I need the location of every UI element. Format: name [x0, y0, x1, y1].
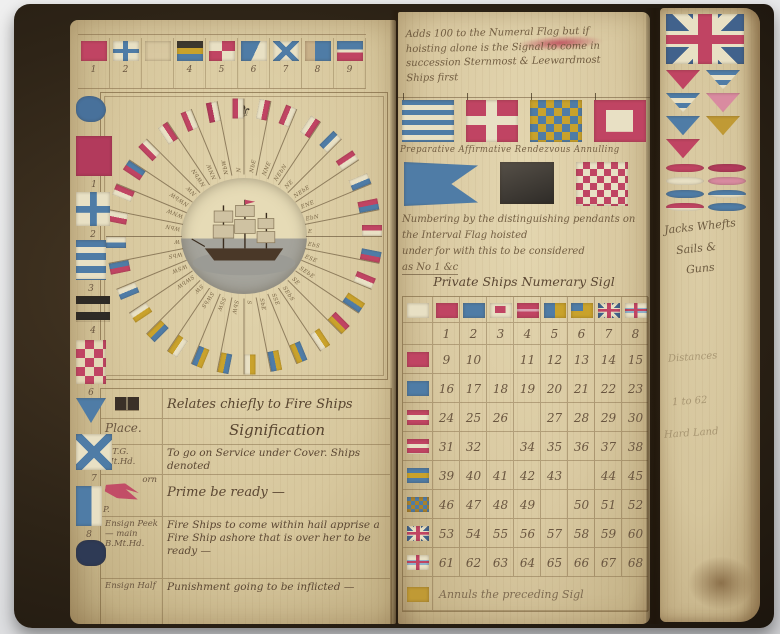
- wavy-pendant: [666, 203, 704, 211]
- compass-point-label: EbN: [305, 214, 319, 223]
- flag-cell: 8: [302, 38, 334, 88]
- row-flag: [407, 497, 429, 512]
- pennant-flag: [706, 116, 740, 136]
- rose-flag: [218, 352, 233, 374]
- edge-flag: 7: [76, 434, 112, 484]
- flag-number: 8: [315, 65, 321, 75]
- column-number: 1: [443, 327, 451, 341]
- numerary-table-heading: Private Ships Numerary Sigl: [402, 274, 646, 289]
- rose-flag: [357, 198, 379, 213]
- compass-point-label: WbN: [165, 223, 181, 232]
- signal-flag: [500, 162, 554, 204]
- signal-number: 13: [574, 353, 589, 367]
- number-cell: 47: [460, 490, 487, 519]
- edge-flag: 1: [76, 136, 112, 190]
- compass-point-label: NNE: [262, 161, 273, 177]
- mid-note-line: the Interval Flag hoisted: [402, 230, 646, 241]
- flag-header-cell: [403, 297, 433, 323]
- place-note-top: orn: [142, 475, 157, 485]
- number-cell: 19: [514, 374, 541, 403]
- large-signal-flags: [402, 100, 646, 142]
- rose-flag: [192, 346, 210, 369]
- open-book-icon: [115, 397, 139, 410]
- row-flag-cell: [403, 403, 433, 432]
- signal-flag: [594, 100, 646, 142]
- rose-flag: [112, 184, 135, 202]
- number-cell: 57: [541, 519, 568, 548]
- signal-number: 64: [520, 556, 535, 570]
- number-cell: 38: [622, 432, 649, 461]
- number-cell: 51: [595, 490, 622, 519]
- number-cell: 52: [622, 490, 649, 519]
- number-cell: 65: [541, 548, 568, 577]
- fire-table-signification: Fire Ships to come within hail apprise a…: [163, 517, 391, 579]
- compass-point-label: SbW: [230, 300, 239, 315]
- number-cell: 11: [514, 345, 541, 374]
- pennant-flag: [666, 70, 700, 90]
- column-number-cell: 4: [514, 323, 541, 345]
- signal-number: 38: [628, 440, 643, 454]
- empty-pennant-slot: [706, 139, 746, 162]
- column-number-cell: 8: [622, 323, 649, 345]
- rose-flag: [123, 160, 146, 180]
- row-flag: [407, 468, 429, 483]
- signal-flag: [76, 434, 112, 470]
- number-cell: 35: [541, 432, 568, 461]
- union-jack-flag: [666, 14, 744, 64]
- rose-flag: [158, 122, 178, 145]
- column-number: 3: [497, 327, 505, 341]
- number-cell: 36: [568, 432, 595, 461]
- compass-point-label: SW: [193, 283, 204, 294]
- number-cell: 46: [433, 490, 460, 519]
- number-cell: 42: [514, 461, 541, 490]
- fire-table-title: Relates chiefly to Fire Ships: [163, 389, 391, 419]
- signal-number: 45: [628, 469, 643, 483]
- signal-number: 34: [520, 440, 535, 454]
- column-flag: [571, 303, 593, 318]
- flag-number: 5: [219, 65, 225, 75]
- signal-number: 51: [601, 498, 616, 512]
- number-cell: 28: [568, 403, 595, 432]
- flag-number: 4: [187, 65, 193, 75]
- signal-flag: [76, 540, 106, 566]
- signal-number: 43: [547, 469, 562, 483]
- number-cell: [568, 461, 595, 490]
- rose-flag: [319, 131, 341, 153]
- top-note-text: Adds 100 to the Numeral Flag but if hois…: [406, 24, 647, 86]
- number-cell: 40: [460, 461, 487, 490]
- rose-flag: [279, 105, 297, 128]
- signal-flag: [76, 340, 106, 384]
- rose-flag: [328, 312, 350, 334]
- pennant-flag: [666, 116, 700, 136]
- flag-cell: 1: [78, 38, 110, 88]
- edge-flag: 2: [76, 192, 110, 240]
- signal-flag: [177, 41, 203, 61]
- number-cell: 14: [595, 345, 622, 374]
- signal-flag: [76, 296, 110, 322]
- flag-cell: 2: [110, 38, 142, 88]
- signal-number: 23: [628, 382, 643, 396]
- rose-spoke: S: [244, 237, 245, 375]
- stain-mark: [688, 556, 754, 610]
- signal-number: 55: [493, 527, 508, 541]
- number-cell: 58: [568, 519, 595, 548]
- number-cell: 67: [595, 548, 622, 577]
- signal-number: 35: [547, 440, 562, 454]
- column-number: 2: [470, 327, 478, 341]
- row-flag-cell: [403, 374, 433, 403]
- signal-number: 17: [466, 382, 481, 396]
- number-cell: 13: [568, 345, 595, 374]
- compass-point-label: W: [174, 238, 180, 244]
- flag-cell: 5: [206, 38, 238, 88]
- pendant-grid: [666, 164, 750, 216]
- signal-number: 42: [520, 469, 535, 483]
- row-flag-cell: [403, 548, 433, 577]
- number-cell: 62: [460, 548, 487, 577]
- strip-note: Sails &: [675, 240, 716, 257]
- fire-table-place: Ensign Peek— main B.Mt.Hd.: [101, 517, 163, 579]
- wavy-pendant: [708, 190, 746, 198]
- rose-flag: [245, 355, 256, 375]
- signal-number: 48: [493, 498, 508, 512]
- rose-flag: [138, 139, 160, 161]
- column-flag: [625, 303, 647, 318]
- signal-number: 36: [574, 440, 589, 454]
- strip-note: Guns: [685, 261, 715, 277]
- signal-number: 25: [466, 411, 481, 425]
- wavy-pendant: [708, 177, 746, 185]
- signal-number: 28: [574, 411, 589, 425]
- column-flag: [517, 303, 539, 318]
- number-cell: 16: [433, 374, 460, 403]
- number-cell: 21: [568, 374, 595, 403]
- flag-rose-box: ⚜ NNbENNENEbNNENEbEENEEbNEEbSESES: [100, 92, 388, 380]
- rose-flag: [353, 271, 376, 289]
- row-flag-cell: [403, 519, 433, 548]
- compass-point-label: SEbS: [281, 286, 295, 303]
- wavy-pendant: [708, 164, 746, 172]
- compass-point-label: NWbW: [169, 190, 190, 207]
- number-cell: 66: [568, 548, 595, 577]
- flag-cell: [142, 38, 174, 88]
- signal-number: 27: [547, 411, 562, 425]
- corner-cell: [403, 323, 433, 345]
- rose-flag: [300, 115, 320, 138]
- compass-point-label: NE: [284, 179, 295, 190]
- rose-flag: [268, 350, 283, 372]
- number-cell: 15: [622, 345, 649, 374]
- flag-header-cell: [568, 297, 595, 323]
- fire-table-signification: Prime be ready —: [163, 475, 391, 517]
- signal-number: 62: [466, 556, 481, 570]
- wavy-pendant: [666, 190, 704, 198]
- signal-number: 12: [547, 353, 562, 367]
- number-cell: 25: [460, 403, 487, 432]
- edge-flag: 6: [76, 340, 106, 398]
- signal-flag: [113, 41, 139, 61]
- flag-header-cell: [595, 297, 622, 323]
- rose-flag: [362, 225, 382, 236]
- flag-number: 6: [251, 65, 257, 75]
- number-cell: 27: [541, 403, 568, 432]
- signal-flag: [76, 398, 106, 424]
- strip-faint-note: Distances: [668, 350, 718, 364]
- signal-flag: [81, 41, 107, 61]
- annul-text-cell: Annuls the preceding Sigl: [433, 577, 649, 611]
- number-cell: [541, 490, 568, 519]
- signal-flag: [404, 162, 478, 206]
- number-cell: 20: [541, 374, 568, 403]
- rose-flag: [181, 109, 199, 132]
- number-cell: 41: [487, 461, 514, 490]
- flag-header-cell: [460, 297, 487, 323]
- number-cell: 31: [433, 432, 460, 461]
- edge-flag: [76, 96, 106, 126]
- number-cell: 30: [622, 403, 649, 432]
- fire-table-signification: To go on Service under Cover. Ships deno…: [163, 445, 391, 475]
- edge-flag: 3: [76, 240, 106, 294]
- number-cell: 37: [595, 432, 622, 461]
- fire-table-place: Ensign Half: [101, 579, 163, 624]
- signal-number: 44: [601, 469, 616, 483]
- flag-header-cell: [541, 297, 568, 323]
- row-flag-cell: [403, 345, 433, 374]
- signal-number: 11: [520, 353, 535, 367]
- signal-flag: [466, 100, 518, 142]
- signal-number: 16: [439, 382, 454, 396]
- signal-number: 46: [439, 498, 454, 512]
- number-cell: 64: [514, 548, 541, 577]
- column-flag: [598, 303, 620, 318]
- compass-point-label: NbE: [249, 159, 258, 173]
- rose-flag: [117, 282, 140, 300]
- column-number-cell: 7: [595, 323, 622, 345]
- flag-number: 7: [76, 474, 112, 484]
- column-number: 6: [578, 327, 586, 341]
- fire-ships-table: Relates chiefly to Fire Ships Place. Sig…: [100, 388, 392, 624]
- number-cell: 39: [433, 461, 460, 490]
- row-flag: [407, 555, 429, 570]
- number-cell: 24: [433, 403, 460, 432]
- rose-flag: [147, 320, 169, 342]
- rose-flag: [206, 101, 221, 123]
- signal-number: 26: [493, 411, 508, 425]
- number-cell: 60: [622, 519, 649, 548]
- signal-number: 40: [466, 469, 481, 483]
- column-flag: [463, 303, 485, 318]
- compass-point-label: NEbN: [273, 164, 288, 183]
- signal-number: 65: [547, 556, 562, 570]
- row-flag: [407, 352, 429, 367]
- signal-number: 52: [628, 498, 643, 512]
- flag-number: 4: [76, 326, 110, 336]
- column-number-cell: 2: [460, 323, 487, 345]
- rose-flag: [360, 248, 382, 263]
- pennant-flag: [666, 93, 700, 113]
- number-cell: 55: [487, 519, 514, 548]
- signal-number: 60: [628, 527, 643, 541]
- number-cell: [487, 432, 514, 461]
- signal-number: 57: [547, 527, 562, 541]
- row-flag: [407, 381, 429, 396]
- rose-flag: [336, 150, 359, 170]
- column-number: 7: [605, 327, 613, 341]
- number-cell: 44: [595, 461, 622, 490]
- number-cell: 22: [595, 374, 622, 403]
- compass-point-label: SWbS: [200, 291, 215, 310]
- pennant-flag: [666, 139, 700, 159]
- edge-flag: [76, 540, 106, 570]
- signal-number: 30: [628, 411, 643, 425]
- rose-flag: [290, 341, 308, 364]
- compass-point-label: E: [308, 229, 312, 235]
- flag-header-cell: [487, 297, 514, 323]
- column-number: 4: [524, 327, 532, 341]
- signal-number: 68: [628, 556, 643, 570]
- rose-flag: [130, 302, 153, 322]
- fire-table-signification: Punishment going to be inflicted —: [163, 579, 391, 624]
- signal-flag: [576, 162, 628, 206]
- signal-number: 66: [574, 556, 589, 570]
- signal-flag: [76, 240, 106, 280]
- row-flag-cell: [403, 577, 433, 611]
- compass-point-label: SSE: [270, 293, 280, 307]
- number-cell: 45: [622, 461, 649, 490]
- compass-point-label: ESE: [304, 254, 318, 265]
- left-page: 12456789 ⚜: [70, 20, 396, 624]
- flag-number: 3: [76, 284, 106, 294]
- photo-background: 12456789 ⚜: [0, 0, 780, 634]
- signal-number: 37: [601, 440, 616, 454]
- column-number-cell: 3: [487, 323, 514, 345]
- rose-flag: [256, 99, 271, 121]
- signal-flag: [530, 100, 582, 142]
- signal-number: 22: [601, 382, 616, 396]
- pennant-flag: [706, 70, 740, 90]
- rose-flag: [349, 173, 372, 191]
- number-cell: 68: [622, 548, 649, 577]
- rose-flag: [168, 335, 188, 358]
- column-number-cell: 1: [433, 323, 460, 345]
- signal-number: 56: [520, 527, 535, 541]
- rose-flag: [342, 292, 365, 312]
- wavy-pendant: [666, 164, 704, 172]
- column-number: 8: [632, 327, 640, 341]
- signal-number: 53: [439, 527, 454, 541]
- signal-number: 39: [439, 469, 454, 483]
- signal-flag: [145, 41, 171, 61]
- flag-header-cell: [433, 297, 460, 323]
- compass-point-label: NNW: [206, 163, 218, 181]
- signal-flag: [305, 41, 331, 61]
- row-flag-cell: [403, 461, 433, 490]
- rose-spoke: E: [244, 236, 382, 237]
- signal-number: 24: [439, 411, 454, 425]
- signal-number: 54: [466, 527, 481, 541]
- column-flag: [544, 303, 566, 318]
- signal-flag: [209, 41, 235, 61]
- signal-flag: [76, 486, 102, 526]
- number-cell: 56: [514, 519, 541, 548]
- edge-flag: 4: [76, 296, 110, 336]
- number-cell: 53: [433, 519, 460, 548]
- signal-number: 50: [574, 498, 589, 512]
- compass-point-label: S: [246, 301, 252, 305]
- signal-number: 29: [601, 411, 616, 425]
- compass-point-label: NbW: [221, 159, 230, 175]
- mid-note-line: as No 1 &c: [402, 262, 646, 273]
- flag-number: 9: [347, 65, 353, 75]
- signal-number: 41: [493, 469, 508, 483]
- rose-flag: [233, 99, 244, 119]
- ruled-line: [398, 97, 650, 98]
- compass-point-label: WSW: [170, 262, 187, 274]
- rose-spoke: N: [244, 99, 245, 237]
- flag-cell: 9: [334, 38, 366, 88]
- flag-header-cell: [622, 297, 649, 323]
- number-cell: 32: [460, 432, 487, 461]
- signal-number: 59: [601, 527, 616, 541]
- number-cell: 63: [487, 548, 514, 577]
- flag-number: 1: [76, 180, 112, 190]
- place-note-bottom: P.: [103, 505, 110, 515]
- signal-number: 32: [466, 440, 481, 454]
- flag-rose: ⚜ NNbENNENEbNNENEbEENEEbNEEbSESES: [101, 93, 387, 379]
- signal-number: 14: [601, 353, 616, 367]
- row-flag: [407, 526, 429, 541]
- flag-header-cell: [514, 297, 541, 323]
- strip-faint-note: Hard Land: [664, 426, 719, 441]
- pennant-flag: [706, 93, 740, 113]
- number-cell: 17: [460, 374, 487, 403]
- rose-flag: [109, 260, 131, 275]
- flag-cell: 7: [270, 38, 302, 88]
- column-flag: [490, 303, 512, 318]
- fire-table-icon-cell: [101, 389, 163, 419]
- compass-point-label: SE: [290, 276, 300, 286]
- number-cell: 54: [460, 519, 487, 548]
- compass-point-label: WbS: [168, 250, 183, 259]
- number-cell: 48: [487, 490, 514, 519]
- signal-number: 19: [520, 382, 535, 396]
- compass-point-label: N: [237, 167, 243, 172]
- signal-number: 9: [443, 353, 451, 367]
- signal-number: 21: [574, 382, 589, 396]
- signal-number: 15: [628, 353, 643, 367]
- number-cell: 23: [622, 374, 649, 403]
- number-cell: [487, 345, 514, 374]
- numbered-flag-row: 12456789: [78, 34, 366, 89]
- number-cell: 50: [568, 490, 595, 519]
- number-cell: 43: [541, 461, 568, 490]
- annul-flag: [407, 587, 429, 602]
- signal-number: 58: [574, 527, 589, 541]
- number-cell: 9: [433, 345, 460, 374]
- number-cell: 26: [487, 403, 514, 432]
- flag-number: 2: [76, 230, 110, 240]
- signal-flag: [241, 41, 267, 61]
- compass-point-label: SbE: [258, 298, 266, 311]
- mid-note-line: Numbering by the distinguishing pendants…: [402, 214, 646, 225]
- right-edge-page: Jacks Whefts Sails & Guns Distances 1 to…: [660, 8, 760, 622]
- edge-flag: [76, 398, 106, 428]
- pennant-grid: [666, 70, 746, 162]
- rose-flag: [310, 328, 330, 351]
- compass-point-label: SEbE: [298, 266, 315, 280]
